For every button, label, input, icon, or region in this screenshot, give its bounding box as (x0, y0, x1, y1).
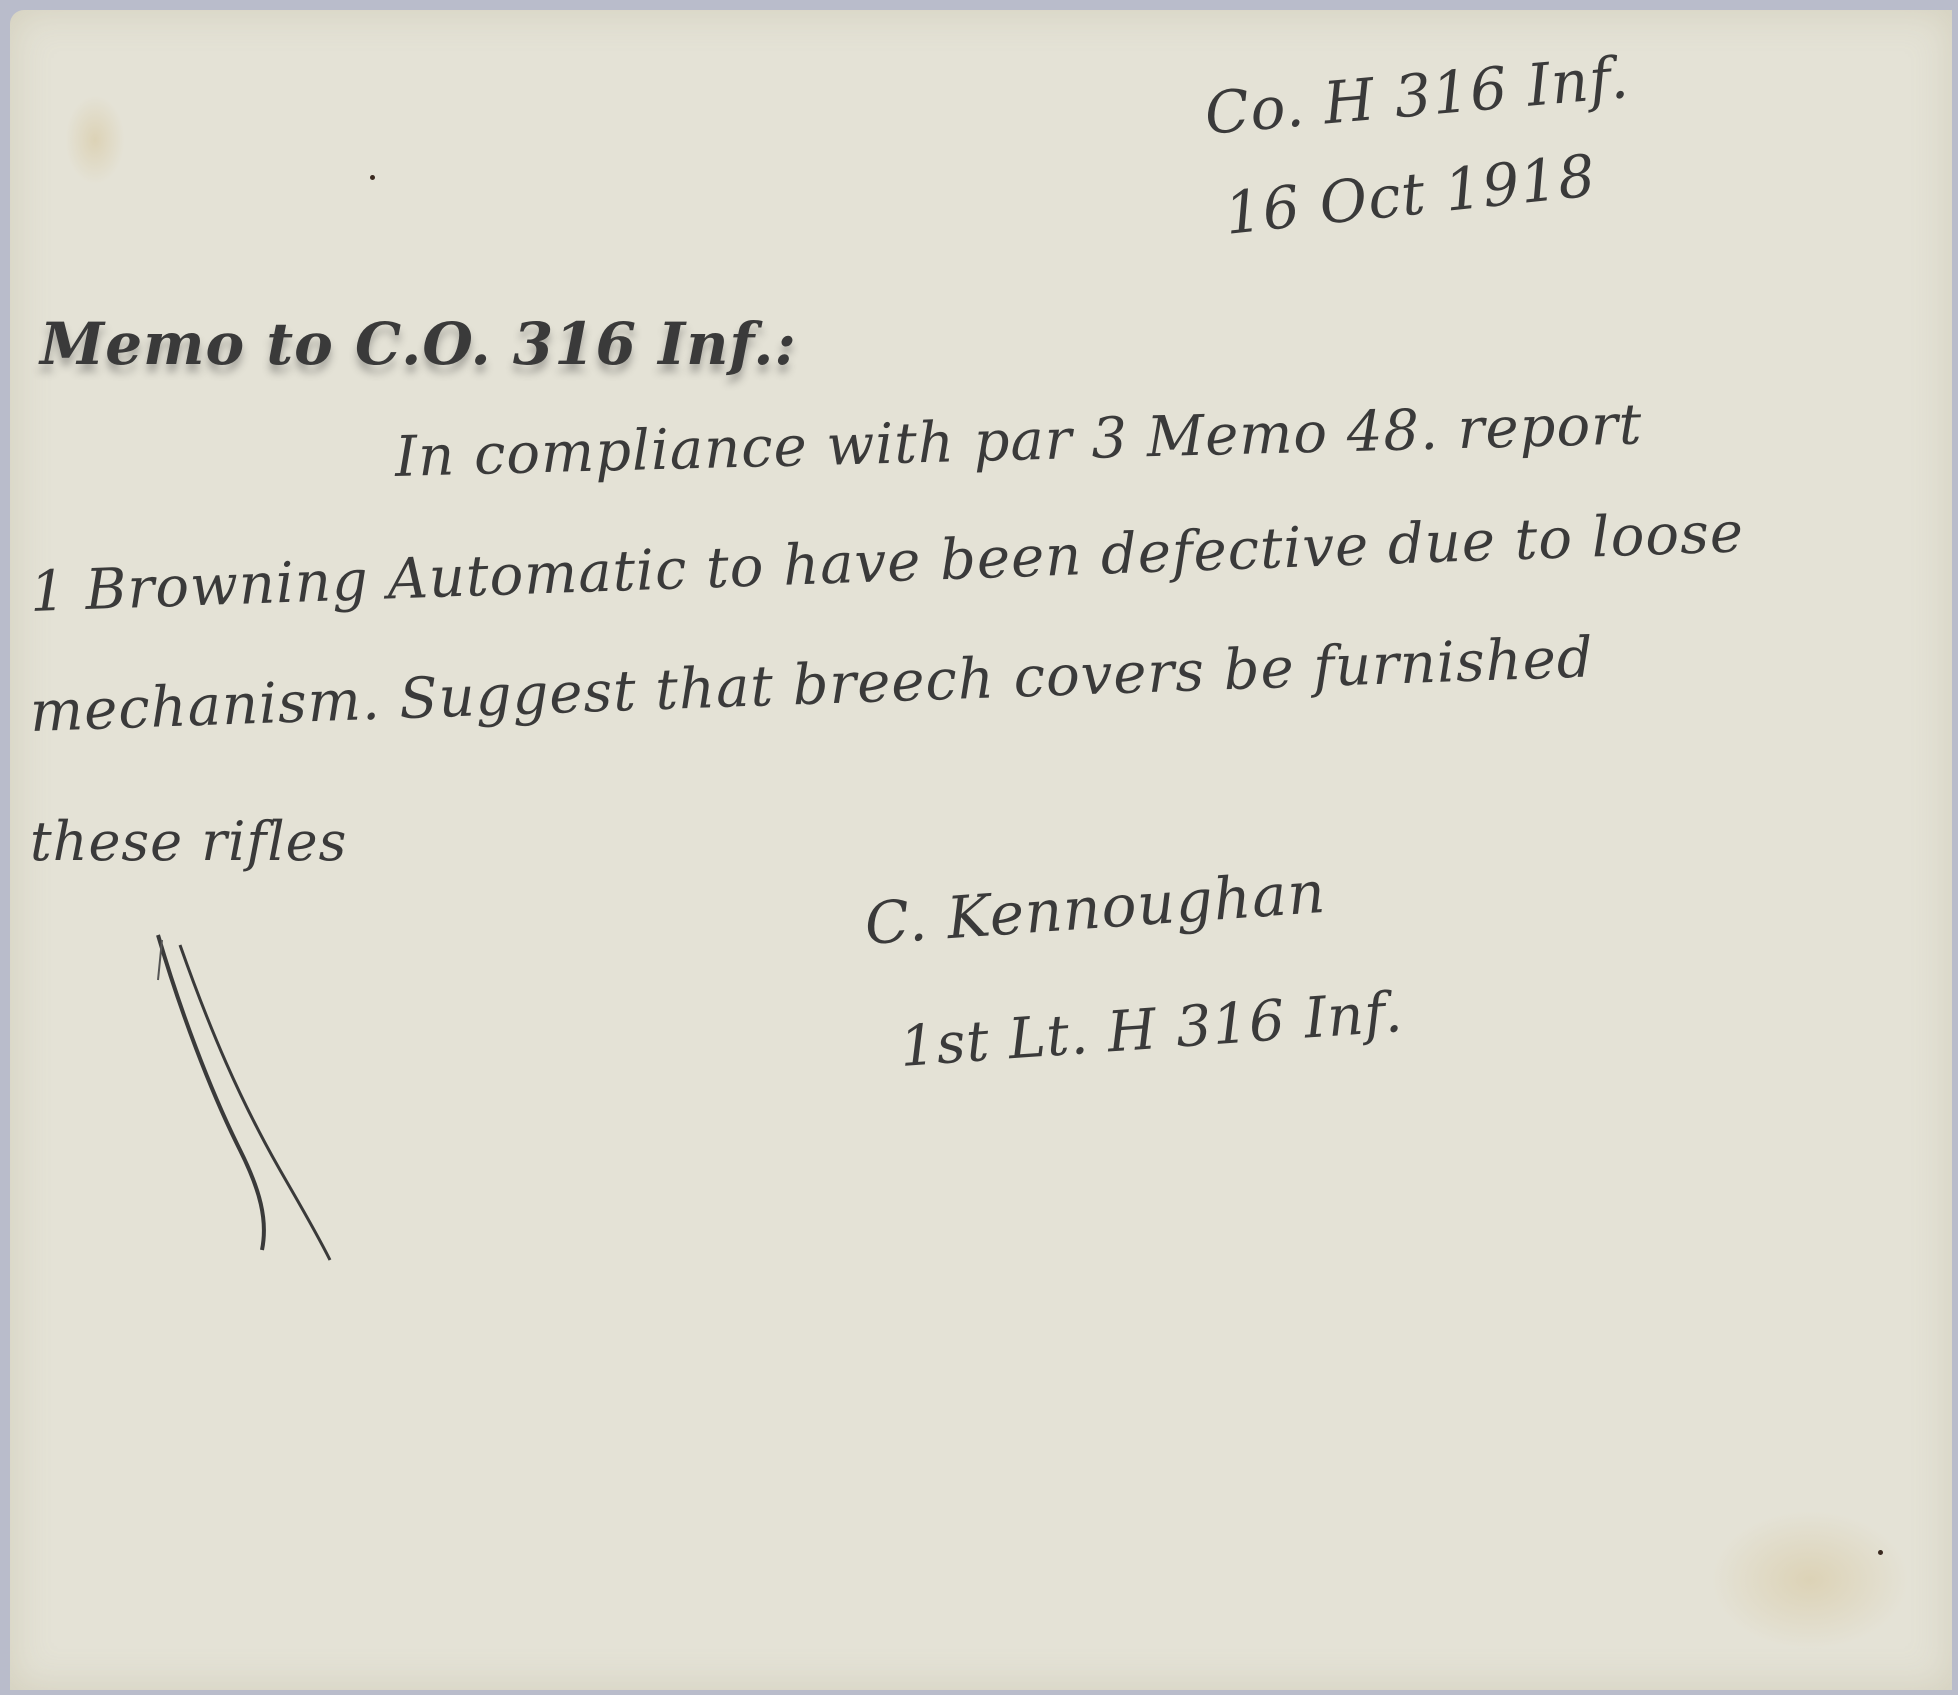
paper-speck (1878, 1550, 1883, 1555)
paper-stain (65, 95, 125, 185)
body-line-4: these rifles (30, 810, 347, 873)
header-organization: Co. H 316 Inf. (1202, 43, 1632, 148)
body-line-1: In compliance with par 3 Memo 48. report (394, 392, 1643, 490)
header-date: 16 Oct 1918 (1221, 141, 1599, 248)
paper-speck (370, 175, 375, 180)
body-line-2: 1 Browning Automatic to have been defect… (29, 500, 1745, 625)
paper-stain (1710, 1510, 1910, 1650)
body-line-3: mechanism. Suggest that breech covers be… (29, 625, 1595, 745)
signature-title: 1st Lt. H 316 Inf. (898, 980, 1405, 1080)
memo-salutation: Memo to C.O. 316 Inf.: (40, 310, 797, 378)
signature-name: C. Kennoughan (863, 858, 1328, 958)
margin-mark-icon (150, 930, 350, 1270)
memo-paper: Co. H 316 Inf. 16 Oct 1918 Memo to C.O. … (10, 10, 1952, 1690)
